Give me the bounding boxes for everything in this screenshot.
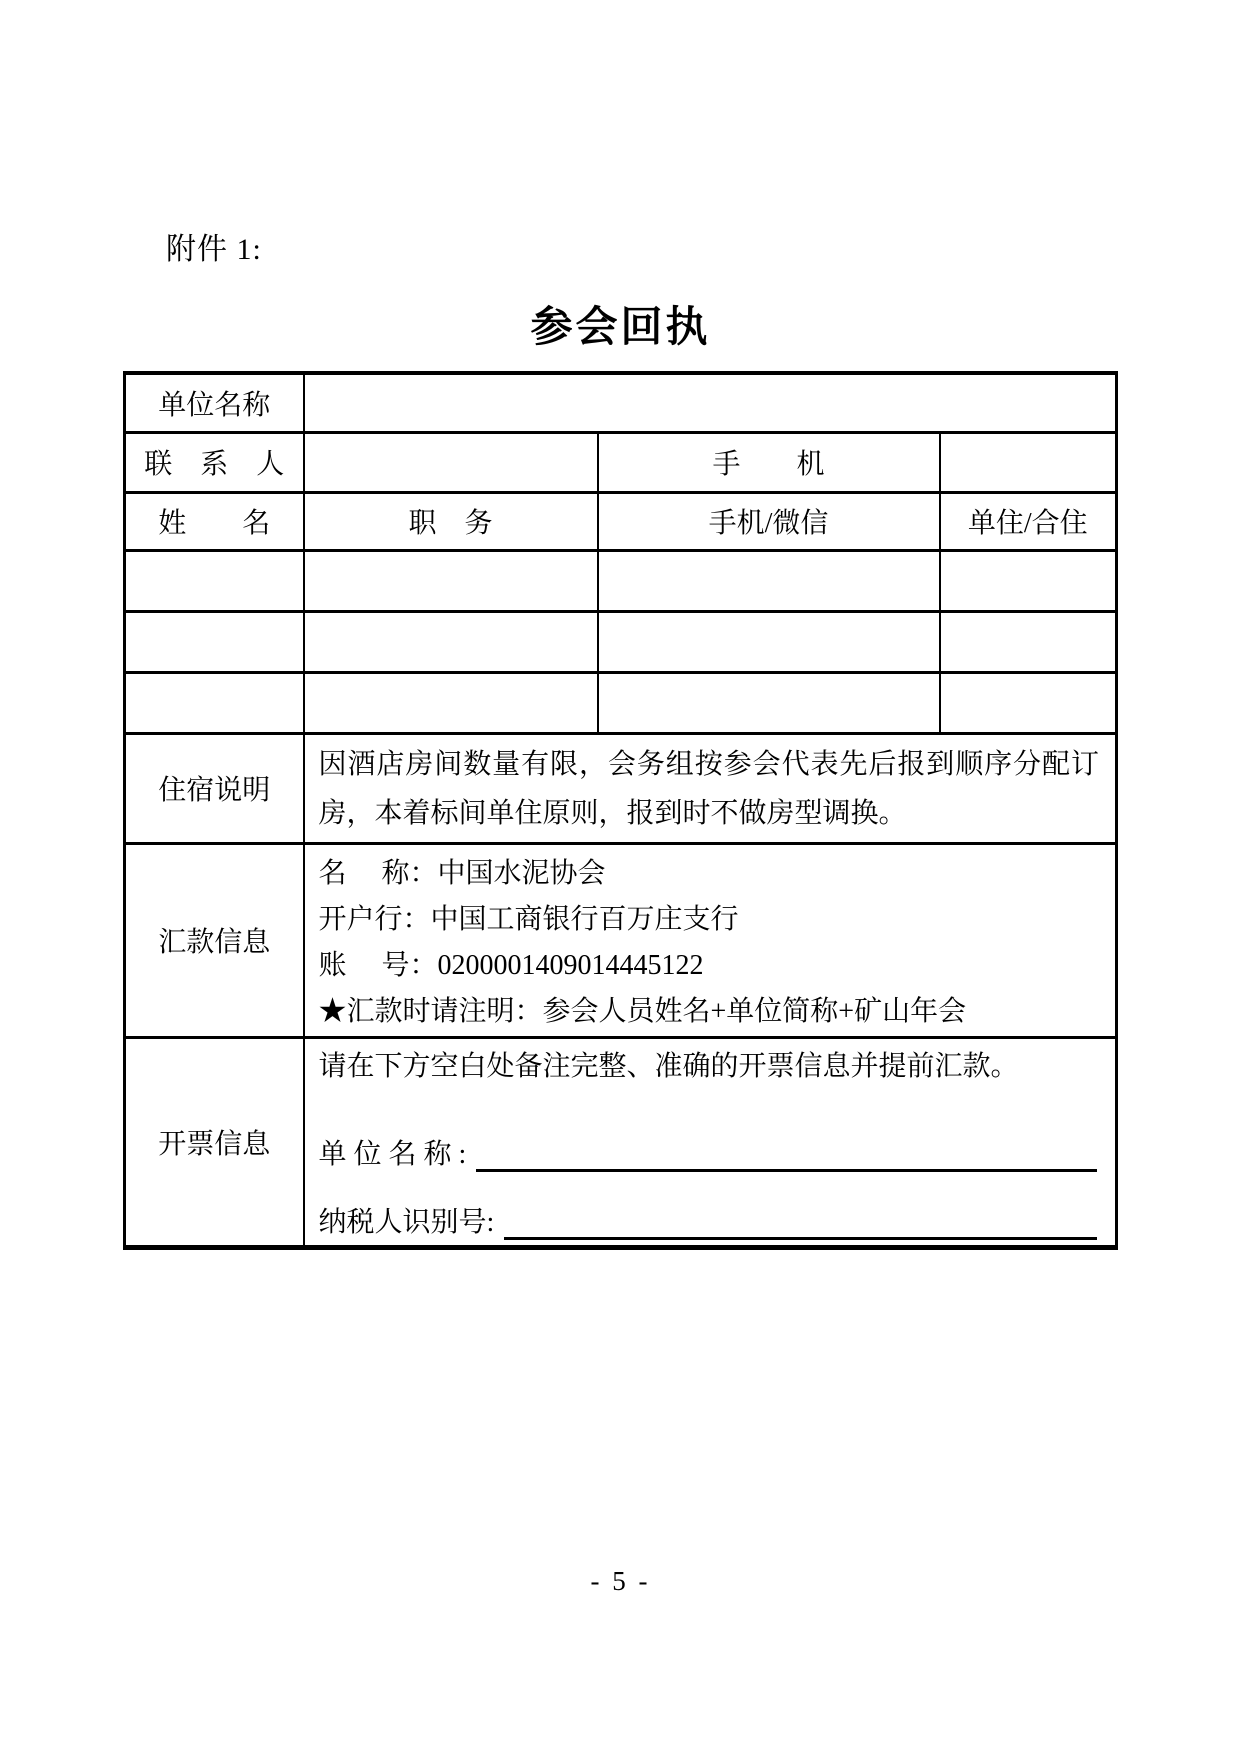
attendee-2-position-cell[interactable] — [304, 611, 598, 672]
invoice-unit-name-field: 单 位 名 称 : — [319, 1133, 1104, 1177]
invoice-row: 开票信息 请在下方空白处备注完整、准确的开票信息并提前汇款。 单 位 名 称 :… — [125, 1037, 1117, 1247]
payment-label: 汇款信息 — [125, 843, 304, 1037]
attendee-1-mobile-cell[interactable] — [598, 550, 940, 611]
invoice-tax-id-field: 纳税人识别号: — [319, 1201, 1104, 1245]
unit-name-row: 单位名称 — [125, 373, 1117, 432]
attendee-1-name-cell[interactable] — [125, 550, 304, 611]
payment-info-cell: 名 称：中国水泥协会 开户行：中国工商银行百万庄支行 账 号：020000140… — [304, 843, 1117, 1037]
page-number: - 5 - — [0, 1566, 1241, 1597]
reply-form-table: 单位名称 联 系 人 手 机 姓 名 职 务 手机/微信 单住/合住 — [123, 371, 1118, 1250]
invoice-info-cell: 请在下方空白处备注完整、准确的开票信息并提前汇款。 单 位 名 称 : 纳税人识… — [304, 1037, 1117, 1247]
contact-phone-input-cell[interactable] — [940, 432, 1117, 492]
payment-account-number: 账 号：0200001409014445122 — [319, 943, 1106, 989]
contact-name-input-cell[interactable] — [304, 432, 598, 492]
attendee-1-room-cell[interactable] — [940, 550, 1117, 611]
attendee-1-position-cell[interactable] — [304, 550, 598, 611]
accommodation-note-cell: 因酒店房间数量有限，会务组按参会代表先后报到顺序分配订房，本着标间单住原则，报到… — [304, 733, 1117, 843]
contact-label: 联 系 人 — [125, 432, 304, 492]
attendee-2-name-cell[interactable] — [125, 611, 304, 672]
payment-account-name: 名 称：中国水泥协会 — [319, 851, 1106, 897]
document-page: 附件 1: 参会回执 单位名称 联 系 人 手 机 姓 名 职 务 手机 — [0, 0, 1241, 1754]
unit-name-label: 单位名称 — [125, 373, 304, 432]
document-title: 参会回执 — [0, 294, 1241, 354]
contact-row: 联 系 人 手 机 — [125, 432, 1117, 492]
attendee-header-row: 姓 名 职 务 手机/微信 单住/合住 — [125, 492, 1117, 550]
unit-name-input-cell[interactable] — [304, 373, 1117, 432]
attendee-name-header: 姓 名 — [125, 492, 304, 550]
attendee-2-room-cell[interactable] — [940, 611, 1117, 672]
invoice-unit-name-label: 单 位 名 称 : — [319, 1133, 467, 1177]
invoice-label: 开票信息 — [125, 1037, 304, 1247]
payment-remark-note: ★汇款时请注明：参会人员姓名+单位简称+矿山年会 — [319, 989, 1106, 1035]
invoice-tax-id-blank-line[interactable] — [504, 1201, 1097, 1240]
invoice-tax-id-label: 纳税人识别号: — [319, 1201, 495, 1245]
attendee-row-1 — [125, 550, 1117, 611]
attachment-label: 附件 1: — [166, 232, 262, 268]
attendee-3-room-cell[interactable] — [940, 672, 1117, 733]
attendee-mobile-wechat-header: 手机/微信 — [598, 492, 940, 550]
attendee-room-header: 单住/合住 — [940, 492, 1117, 550]
invoice-note: 请在下方空白处备注完整、准确的开票信息并提前汇款。 — [319, 1047, 1104, 1087]
attendee-position-header: 职 务 — [304, 492, 598, 550]
accommodation-note-text: 因酒店房间数量有限，会务组按参会代表先后报到顺序分配订房，本着标间单住原则，报到… — [305, 735, 1116, 842]
attendee-3-name-cell[interactable] — [125, 672, 304, 733]
attendee-3-mobile-cell[interactable] — [598, 672, 940, 733]
attendee-row-2 — [125, 611, 1117, 672]
attendee-2-mobile-cell[interactable] — [598, 611, 940, 672]
contact-phone-label: 手 机 — [598, 432, 940, 492]
invoice-unit-name-blank-line[interactable] — [476, 1133, 1097, 1172]
payment-lines: 名 称：中国水泥协会 开户行：中国工商银行百万庄支行 账 号：020000140… — [305, 845, 1116, 1035]
attendee-row-3 — [125, 672, 1117, 733]
payment-row: 汇款信息 名 称：中国水泥协会 开户行：中国工商银行百万庄支行 账 号：0200… — [125, 843, 1117, 1037]
attendee-3-position-cell[interactable] — [304, 672, 598, 733]
accommodation-label: 住宿说明 — [125, 733, 304, 843]
payment-bank-branch: 开户行：中国工商银行百万庄支行 — [319, 897, 1106, 943]
accommodation-row: 住宿说明 因酒店房间数量有限，会务组按参会代表先后报到顺序分配订房，本着标间单住… — [125, 733, 1117, 843]
